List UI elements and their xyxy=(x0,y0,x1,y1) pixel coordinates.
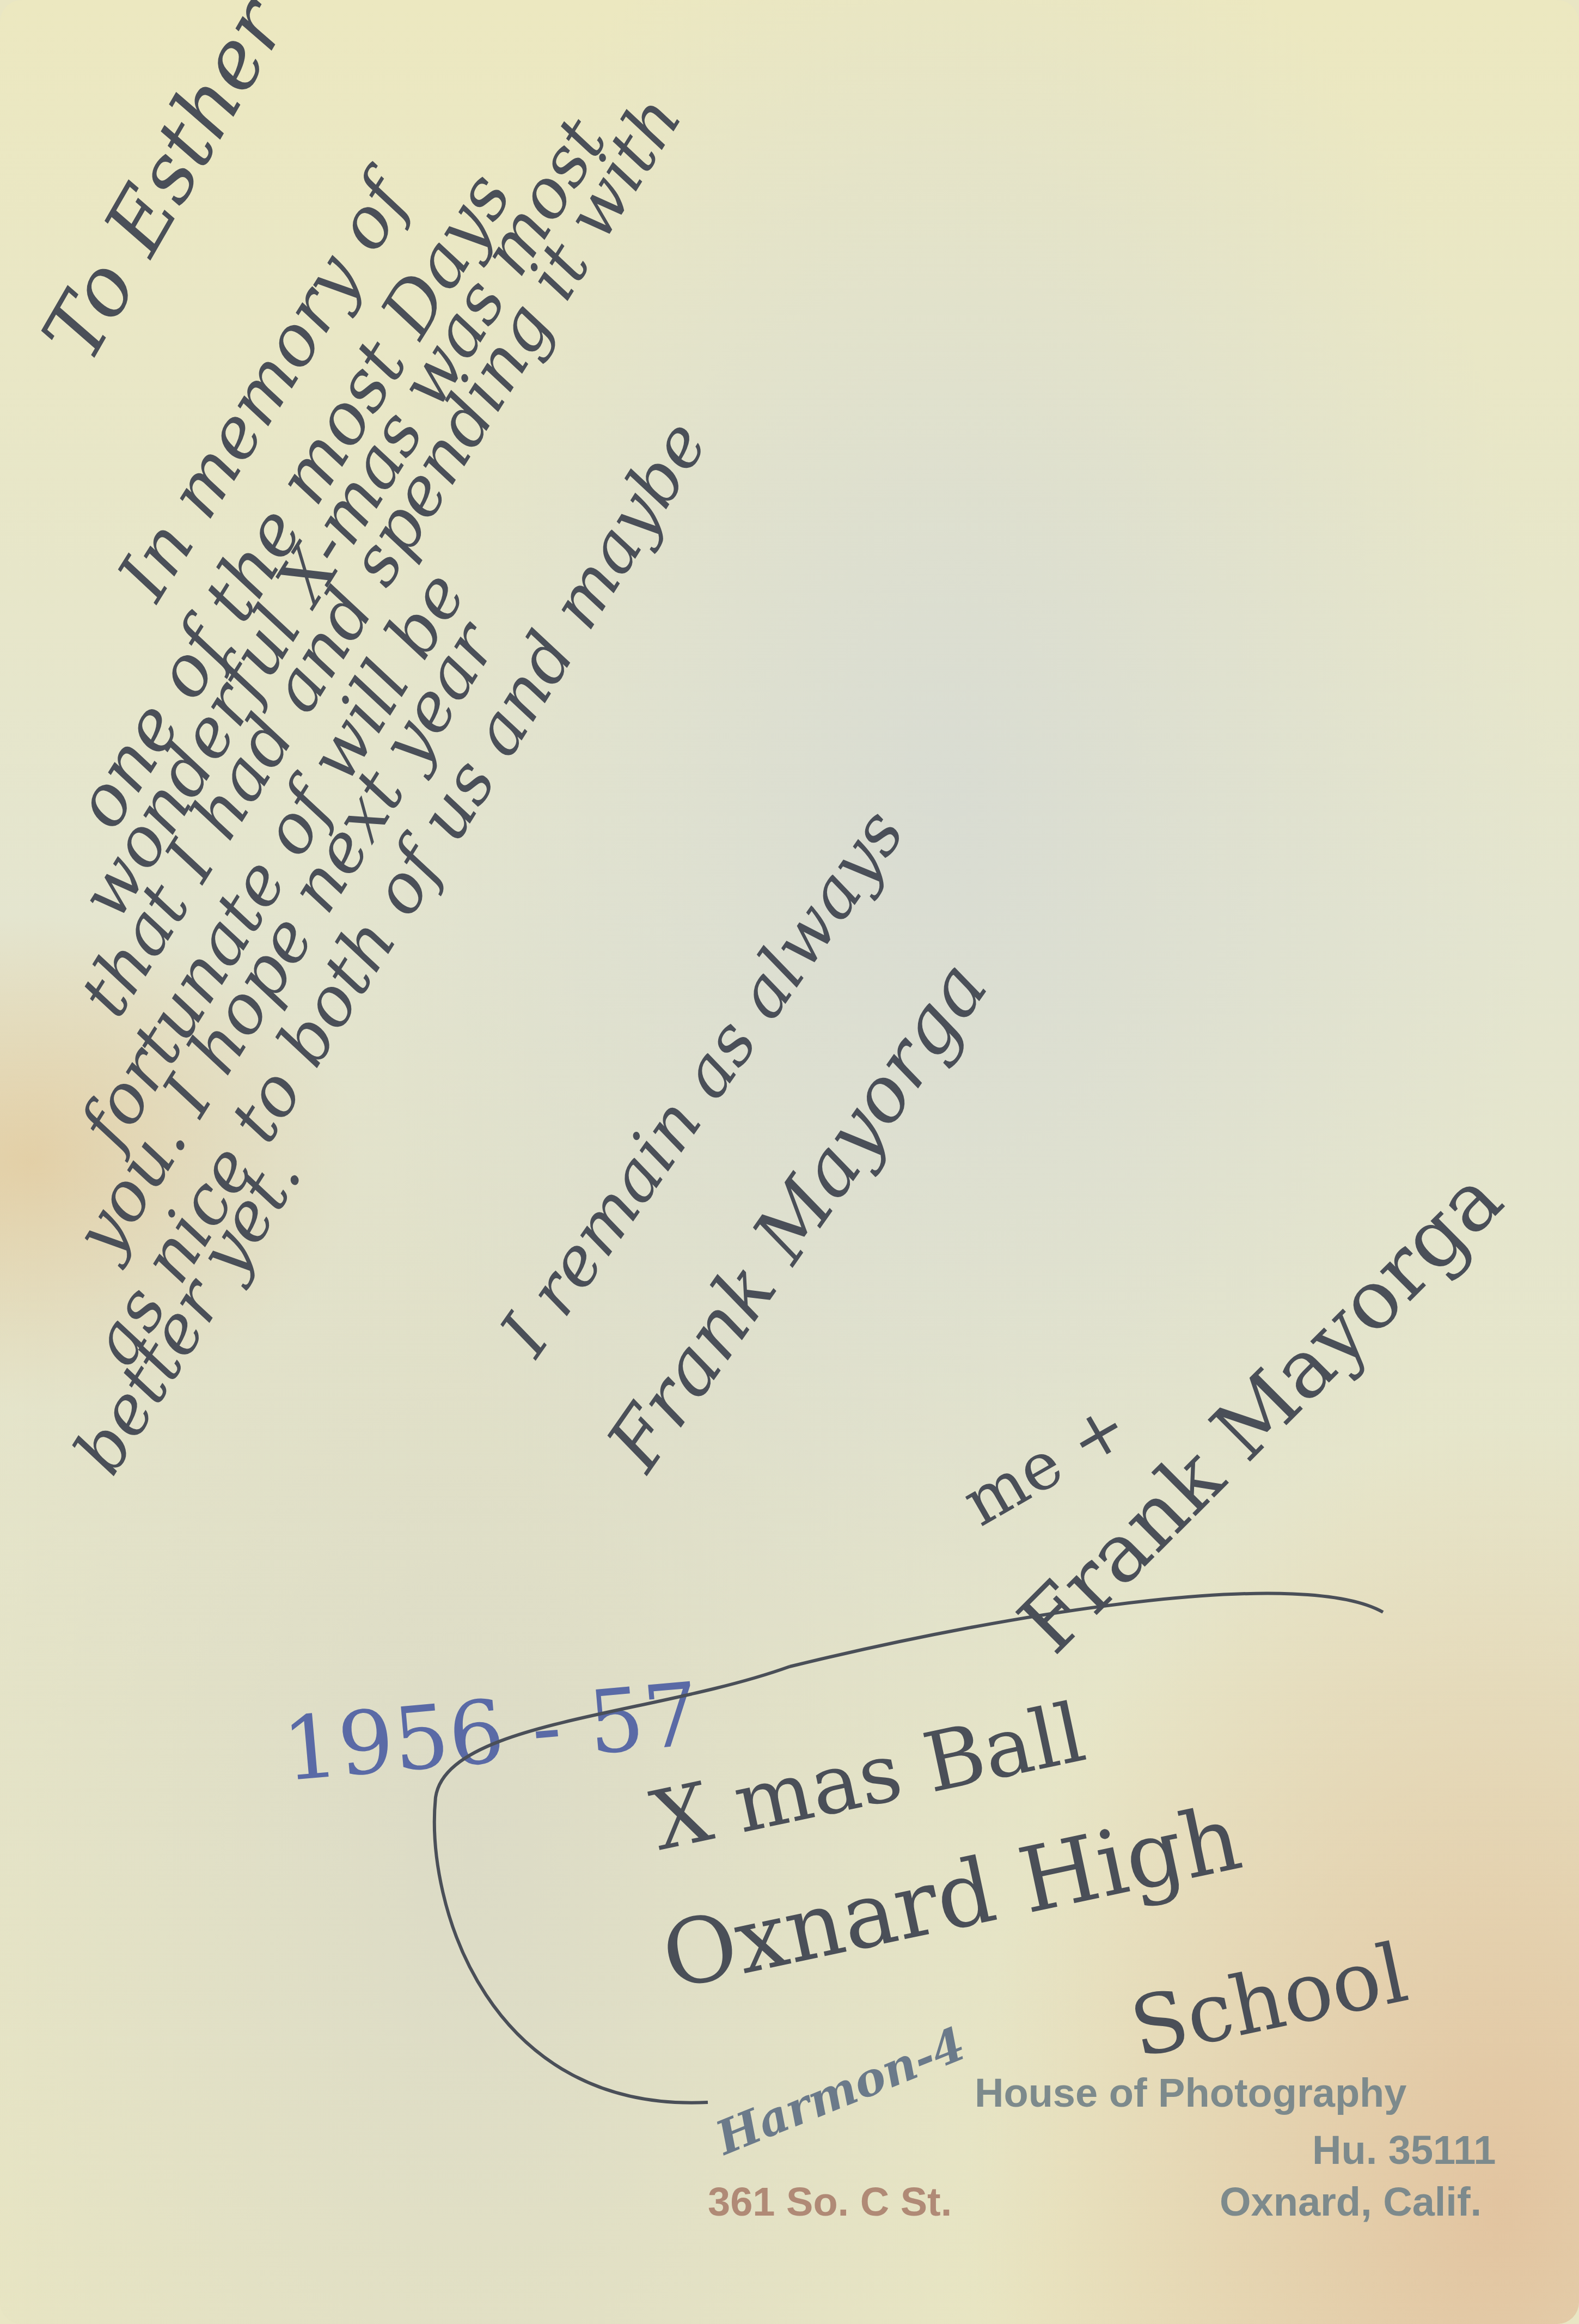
stamp-phone: Hu. 35111 xyxy=(1312,2127,1496,2173)
stamp-city: Oxnard, Calif. xyxy=(1220,2179,1482,2225)
stamp-studio: House of Photography xyxy=(975,2070,1406,2116)
stamp-address: 361 So. C St. xyxy=(708,2179,952,2225)
